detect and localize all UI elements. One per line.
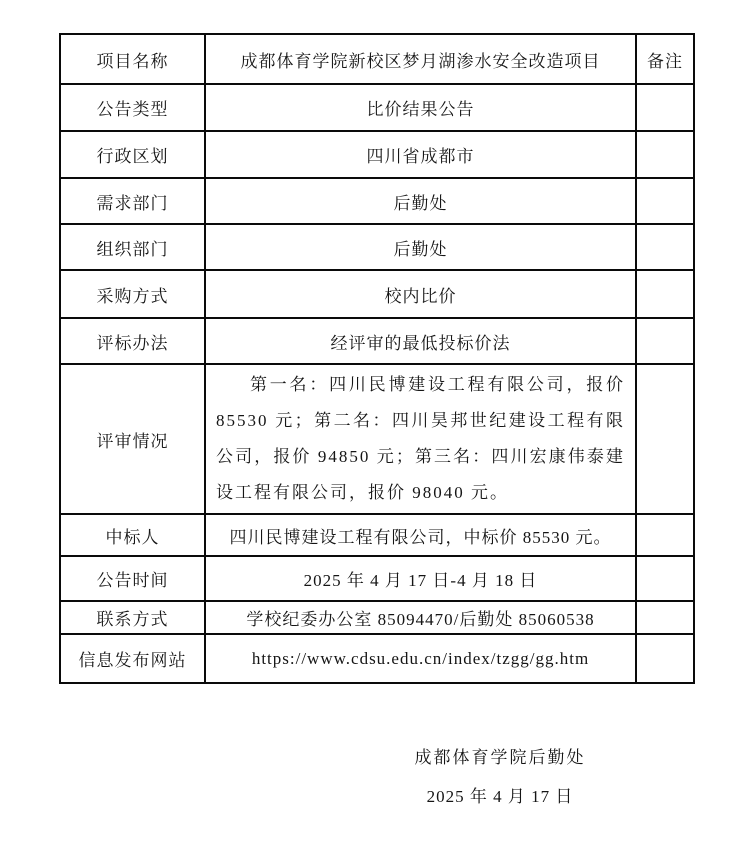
row-value: 四川民博建设工程有限公司，中标价 85530 元。	[205, 514, 636, 556]
remark-header-cell: 备注	[636, 34, 694, 84]
table-row-contact-info: 联系方式 学校纪委办公室 85094470/后勤处 85060538	[60, 601, 694, 634]
remark-cell	[636, 270, 694, 318]
announcement-document: 项目名称 成都体育学院新校区梦月湖渗水安全改造项目 备注 公告类型 比价结果公告…	[0, 0, 752, 845]
row-label: 评标办法	[60, 318, 205, 364]
remark-cell	[636, 131, 694, 178]
row-label: 评审情况	[60, 364, 205, 514]
signature-date: 2025 年 4 月 17 日	[306, 784, 694, 810]
row-label: 行政区划	[60, 131, 205, 178]
table-row-evaluation-method: 评标办法 经评审的最低投标价法	[60, 318, 694, 364]
table-row-demand-department: 需求部门 后勤处	[60, 178, 694, 224]
signature-department: 成都体育学院后勤处	[306, 745, 694, 771]
table-row-announcement-period: 公告时间 2025 年 4 月 17 日-4 月 18 日	[60, 556, 694, 601]
table-row-procurement-method: 采购方式 校内比价	[60, 270, 694, 318]
row-label: 组织部门	[60, 224, 205, 270]
row-label: 需求部门	[60, 178, 205, 224]
row-value: 学校纪委办公室 85094470/后勤处 85060538	[205, 601, 636, 634]
table-row-winning-bidder: 中标人 四川民博建设工程有限公司，中标价 85530 元。	[60, 514, 694, 556]
row-value: 成都体育学院新校区梦月湖渗水安全改造项目	[205, 34, 636, 84]
row-label: 公告时间	[60, 556, 205, 601]
remark-cell	[636, 364, 694, 514]
publish-url-text: https://www.cdsu.edu.cn/index/tzgg/gg.ht…	[205, 634, 636, 683]
announcement-table: 项目名称 成都体育学院新校区梦月湖渗水安全改造项目 备注 公告类型 比价结果公告…	[59, 33, 695, 684]
row-value: 2025 年 4 月 17 日-4 月 18 日	[205, 556, 636, 601]
row-value: 四川省成都市	[205, 131, 636, 178]
row-value: 经评审的最低投标价法	[205, 318, 636, 364]
table-row-announcement-type: 公告类型 比价结果公告	[60, 84, 694, 131]
row-label: 公告类型	[60, 84, 205, 131]
row-label: 联系方式	[60, 601, 205, 634]
table-row-evaluation-result: 评审情况 第一名：四川民博建设工程有限公司，报价 85530 元；第二名：四川昊…	[60, 364, 694, 514]
row-value: 校内比价	[205, 270, 636, 318]
table-row-publish-website: 信息发布网站 https://www.cdsu.edu.cn/index/tzg…	[60, 634, 694, 683]
remark-cell	[636, 318, 694, 364]
remark-cell	[636, 178, 694, 224]
remark-cell	[636, 224, 694, 270]
row-label: 中标人	[60, 514, 205, 556]
row-value: 比价结果公告	[205, 84, 636, 131]
remark-cell	[636, 634, 694, 683]
remark-cell	[636, 84, 694, 131]
remark-cell	[636, 601, 694, 634]
row-value: 后勤处	[205, 224, 636, 270]
row-label: 信息发布网站	[60, 634, 205, 683]
table-row-admin-region: 行政区划 四川省成都市	[60, 131, 694, 178]
remark-cell	[636, 556, 694, 601]
document-footer: 成都体育学院后勤处 2025 年 4 月 17 日	[306, 745, 694, 810]
remark-cell	[636, 514, 694, 556]
table-row-project-name: 项目名称 成都体育学院新校区梦月湖渗水安全改造项目 备注	[60, 34, 694, 84]
row-label: 项目名称	[60, 34, 205, 84]
row-label: 采购方式	[60, 270, 205, 318]
row-value: 后勤处	[205, 178, 636, 224]
table-row-organizing-department: 组织部门 后勤处	[60, 224, 694, 270]
row-value: 第一名：四川民博建设工程有限公司，报价 85530 元；第二名：四川昊邦世纪建设…	[205, 364, 636, 514]
